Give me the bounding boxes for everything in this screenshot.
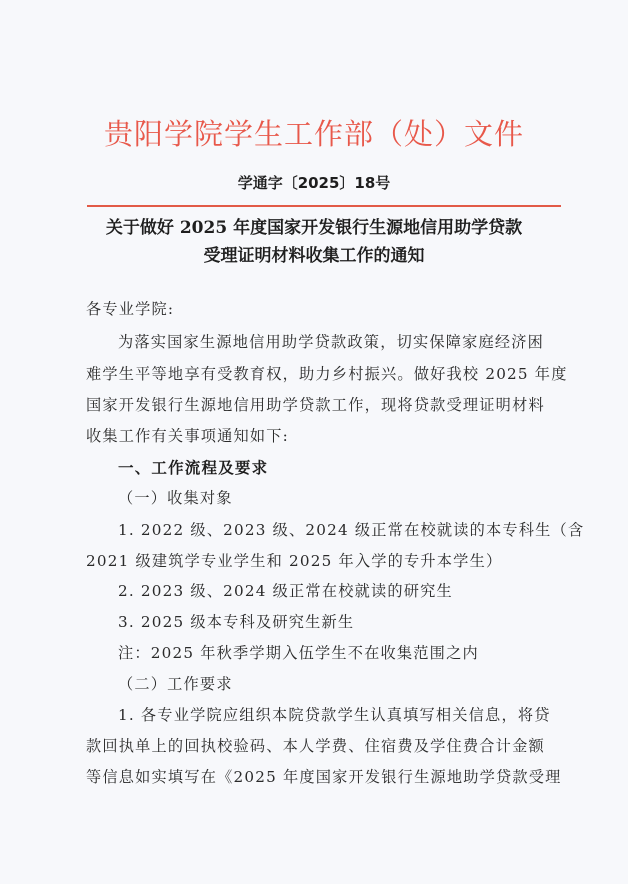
intro-line: 为落实国家生源地信用助学贷款政策，切实保障家庭经济困 bbox=[118, 331, 544, 352]
intro-line: 难学生平等地享有受教育权，助力乡村振兴。做好我校 2025 年度 bbox=[86, 363, 568, 384]
intro-line: 收集工作有关事项通知如下: bbox=[86, 425, 289, 446]
list-item-continuation: 2021 级建筑学专业学生和 2025 年入学的专升本学生） bbox=[86, 550, 502, 571]
document-body: 各专业学院: 为落实国家生源地信用助学贷款政策，切实保障家庭经济困 难学生平等地… bbox=[86, 0, 544, 884]
list-item: 2. 2023 级、2024 级正常在校就读的研究生 bbox=[118, 580, 453, 601]
document-page: 贵阳学院学生工作部（处）文件 学通字〔2025〕18号 关于做好 2025 年度… bbox=[0, 0, 628, 884]
list-item: 3. 2025 级本专科及研究生新生 bbox=[118, 611, 354, 632]
section-heading-1: 一、工作流程及要求 bbox=[118, 456, 268, 478]
intro-line: 国家开发银行生源地信用助学贷款工作，现将贷款受理证明材料 bbox=[86, 394, 545, 415]
requirement-line: 等信息如实填写在《2025 年度国家开发银行生源地助学贷款受理 bbox=[86, 766, 562, 787]
requirement-line: 1. 各专业学院应组织本院贷款学生认真填写相关信息，将贷 bbox=[118, 704, 551, 725]
subsection-heading-2: （二）工作要求 bbox=[118, 673, 233, 694]
salutation: 各专业学院: bbox=[86, 298, 174, 319]
list-item: 1. 2022 级、2023 级、2024 级正常在校就读的本专科生（含 bbox=[118, 519, 584, 540]
subsection-heading-1: （一）收集对象 bbox=[118, 487, 233, 508]
requirement-line: 款回执单上的回执校验码、本人学费、住宿费及学住费合计金额 bbox=[86, 735, 545, 756]
note: 注：2025 年秋季学期入伍学生不在收集范围之内 bbox=[118, 642, 479, 663]
